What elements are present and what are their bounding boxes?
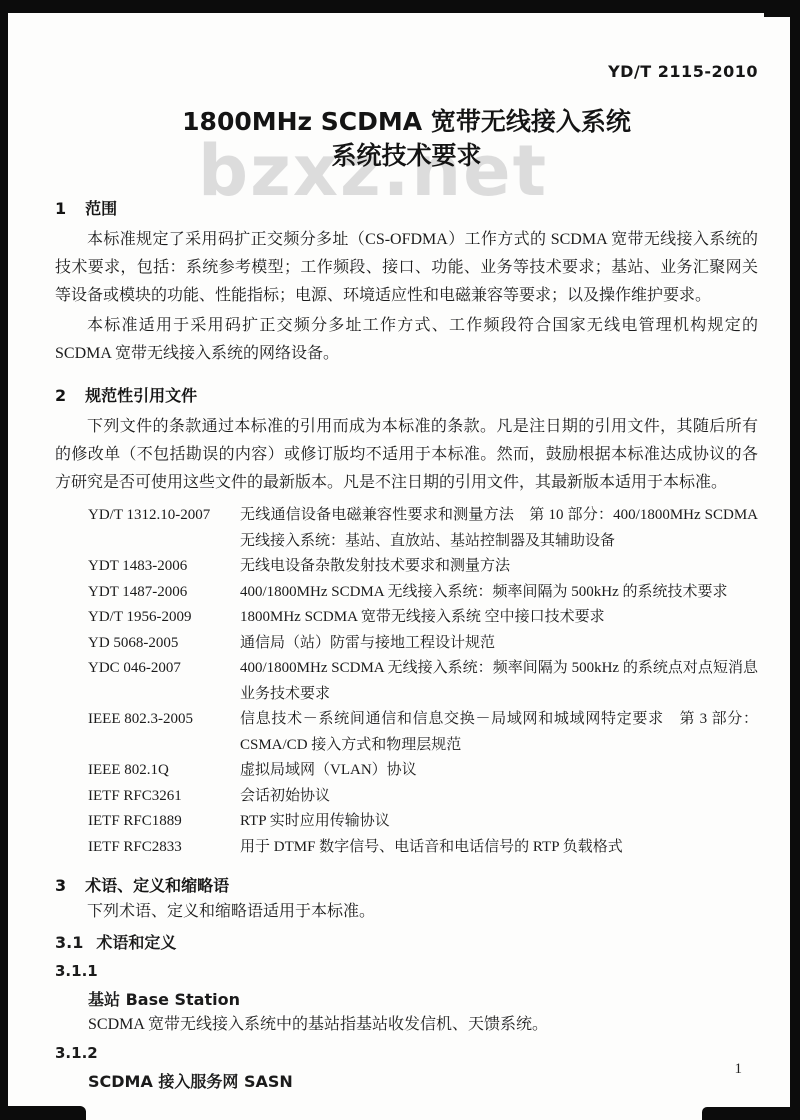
reference-code: IEEE 802.3-2005 [88,707,240,758]
reference-desc: 信息技术－系统间通信和信息交换－局域网和城域网特定要求 第 3 部分：CSMA/… [240,707,758,758]
reference-desc: RTP 实时应用传输协议 [240,809,758,835]
scan-border-left [0,0,8,1120]
reference-code: IEEE 802.1Q [88,758,240,784]
reference-row: IETF RFC2833 用于 DTMF 数字信号、电话音和电话信号的 RTP … [88,835,758,861]
scan-border-right [790,0,800,1120]
reference-row: IETF RFC1889 RTP 实时应用传输协议 [88,809,758,835]
terms-intro: 下列术语、定义和缩略语适用于本标准。 [55,898,758,926]
scan-artifact-bottom-left [0,1106,86,1120]
scan-border-top [0,0,800,13]
reference-code: YD/T 1312.10-2007 [88,503,240,554]
term-entry-name: SCDMA 接入服务网 SASN [55,1069,758,1094]
reference-row: IEEE 802.3-2005 信息技术－系统间通信和信息交换－局域网和城域网特… [88,707,758,758]
section-3-title: 术语、定义和缩略语 [85,876,229,895]
term-entry-number: 3.1.2 [55,1041,758,1065]
reference-desc: 400/1800MHz SCDMA 无线接入系统：频率间隔为 500kHz 的系… [240,580,758,606]
section-2-heading: 2规范性引用文件 [55,383,758,406]
section-2-title: 规范性引用文件 [85,386,197,405]
reference-code: IETF RFC2833 [88,835,240,861]
section-3-number: 3 [55,876,66,895]
reference-list: YD/T 1312.10-2007 无线通信设备电磁兼容性要求和测量方法 第 1… [55,503,758,860]
reference-code: YDT 1483-2006 [88,554,240,580]
reference-row: IETF RFC3261 会话初始协议 [88,784,758,810]
section-1-title: 范围 [85,199,117,218]
reference-row: YDC 046-2007 400/1800MHz SCDMA 无线接入系统：频率… [88,656,758,707]
scan-artifact-bottom-right [702,1107,800,1120]
scope-paragraph-2: 本标准适用于采用码扩正交频分多址工作方式、工作频段符合国家无线电管理机构规定的 … [55,312,758,368]
reference-row: YDT 1483-2006 无线电设备杂散发射技术要求和测量方法 [88,554,758,580]
reference-desc: 用于 DTMF 数字信号、电话音和电话信号的 RTP 负载格式 [240,835,758,861]
section-1-heading: 1范围 [55,196,758,219]
reference-row: YDT 1487-2006 400/1800MHz SCDMA 无线接入系统：频… [88,580,758,606]
section-2-number: 2 [55,386,66,405]
document-title: 1800MHz SCDMA 宽带无线接入系统 系统技术要求 [55,105,758,173]
reference-desc: 会话初始协议 [240,784,758,810]
reference-desc: 通信局（站）防雷与接地工程设计规范 [240,631,758,657]
reference-code: YD/T 1956-2009 [88,605,240,631]
term-entry-name: 基站 Base Station [55,987,758,1012]
document-title-line2: 系统技术要求 [55,139,758,173]
subsection-3-1-heading: 3.1术语和定义 [55,930,758,956]
reference-code: YDC 046-2007 [88,656,240,707]
term-entry-definition: SCDMA 宽带无线接入系统中的基站指基站收发信机、天馈系统。 [55,1012,758,1038]
reference-code: IETF RFC3261 [88,784,240,810]
section-1-number: 1 [55,199,66,218]
standard-code: YD/T 2115-2010 [55,62,758,81]
document-title-line1: 1800MHz SCDMA 宽带无线接入系统 [55,105,758,139]
reference-code: YDT 1487-2006 [88,580,240,606]
scope-paragraph-1: 本标准规定了采用码扩正交频分多址（CS-OFDMA）工作方式的 SCDMA 宽带… [55,226,758,310]
reference-row: YD 5068-2005 通信局（站）防雷与接地工程设计规范 [88,631,758,657]
reference-code: IETF RFC1889 [88,809,240,835]
term-entry-number: 3.1.1 [55,959,758,983]
reference-desc: 1800MHz SCDMA 宽带无线接入系统 空中接口技术要求 [240,605,758,631]
reference-row: IEEE 802.1Q 虚拟局域网（VLAN）协议 [88,758,758,784]
reference-desc: 无线通信设备电磁兼容性要求和测量方法 第 10 部分：400/1800MHz S… [240,503,758,554]
reference-row: YD/T 1956-2009 1800MHz SCDMA 宽带无线接入系统 空中… [88,605,758,631]
subsection-3-1-number: 3.1 [55,930,83,956]
subsection-3-1-title: 术语和定义 [96,933,176,952]
reference-row: YD/T 1312.10-2007 无线通信设备电磁兼容性要求和测量方法 第 1… [88,503,758,554]
section-3-heading: 3术语、定义和缩略语 [55,873,758,896]
page-number: 1 [735,1061,743,1078]
reference-code: YD 5068-2005 [88,631,240,657]
reference-desc: 虚拟局域网（VLAN）协议 [240,758,758,784]
references-intro: 下列文件的条款通过本标准的引用而成为本标准的条款。凡是注日期的引用文件，其随后所… [55,413,758,497]
reference-desc: 400/1800MHz SCDMA 无线接入系统：频率间隔为 500kHz 的系… [240,656,758,707]
reference-desc: 无线电设备杂散发射技术要求和测量方法 [240,554,758,580]
document-page: bzxz.net YD/T 2115-2010 1800MHz SCDMA 宽带… [0,0,800,1120]
page-content: YD/T 2115-2010 1800MHz SCDMA 宽带无线接入系统 系统… [0,0,800,1120]
